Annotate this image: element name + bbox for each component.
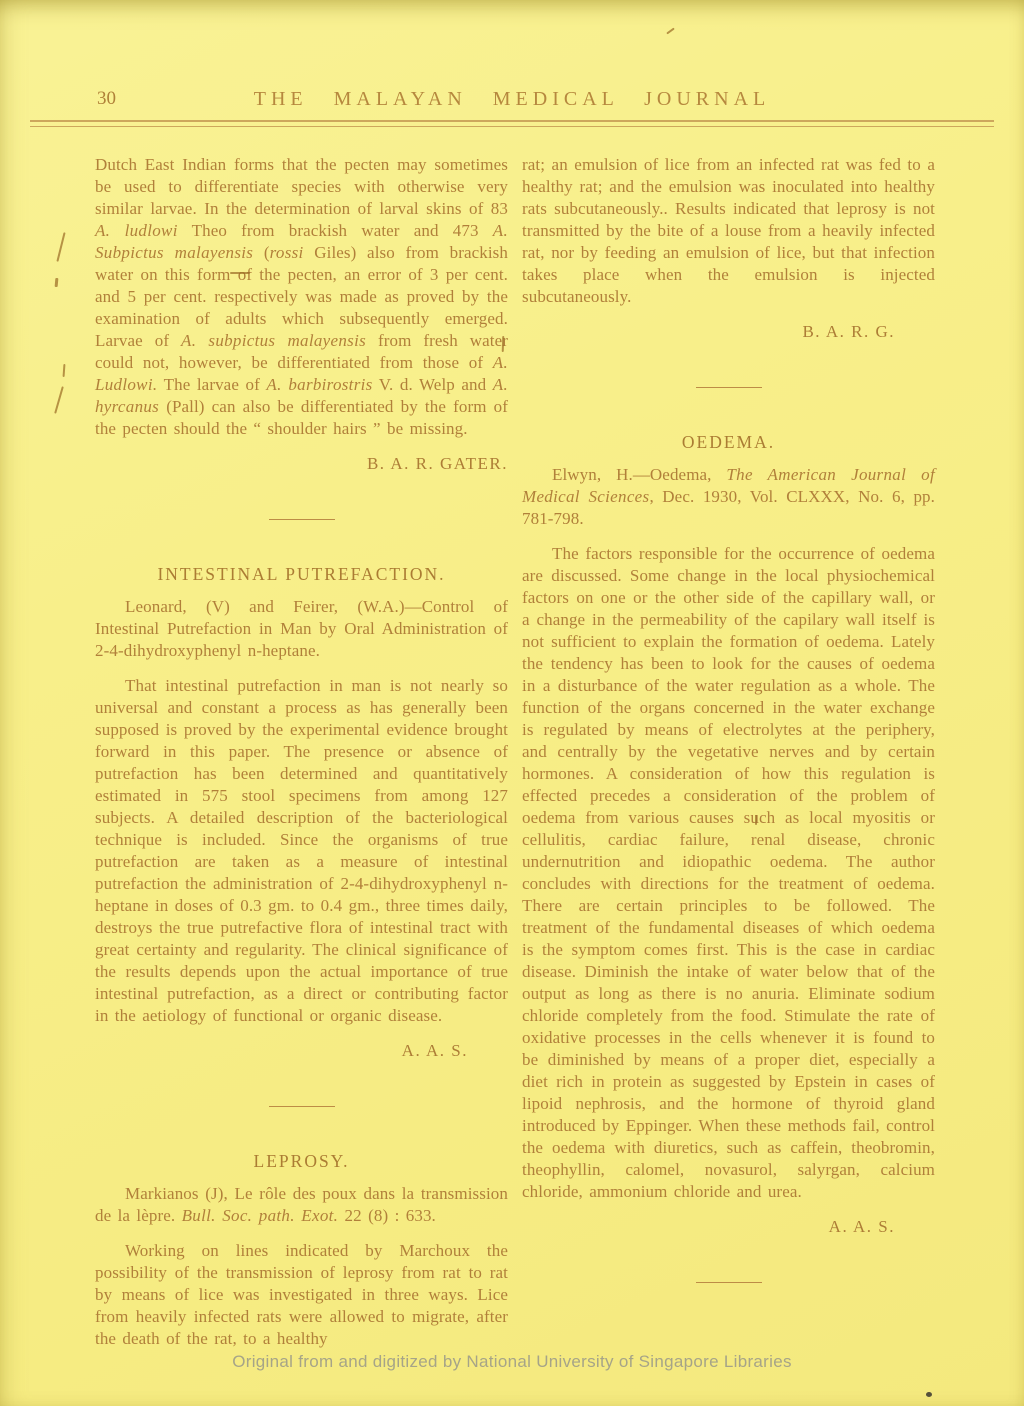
section-divider — [696, 1282, 762, 1283]
paragraph: Markianos (J), Le rôle des poux dans la … — [95, 1183, 508, 1227]
section-heading: INTESTINAL PUTREFACTION. — [95, 564, 508, 585]
author-initials: A. A. S. — [95, 1040, 508, 1062]
journal-title: THE MALAYAN MEDICAL JOURNAL — [0, 88, 1024, 111]
author-initials: B. A. R. G. — [522, 321, 935, 343]
page-header: 30 THE MALAYAN MEDICAL JOURNAL — [0, 0, 1024, 138]
section-divider — [696, 387, 762, 388]
footer-text: Original from and digitized by National … — [232, 1352, 792, 1371]
section-heading: OEDEMA. — [522, 432, 935, 453]
paragraph: Leonard, (V) and Feirer, (W.A.)—Control … — [95, 596, 508, 662]
paragraph: The factors responsible for the occurren… — [522, 543, 935, 1203]
author-initials: A. A. S. — [522, 1216, 935, 1238]
section-divider — [269, 519, 335, 520]
section-divider — [269, 1106, 335, 1107]
inline-tick — [755, 815, 757, 825]
paragraph: Working on lines indicated by Marchoux t… — [95, 1240, 508, 1349]
digitization-footer: Original from and digitized by National … — [0, 1352, 1024, 1372]
paragraph: Dutch East Indian forms that the pecten … — [95, 154, 508, 440]
journal-page: 30 THE MALAYAN MEDICAL JOURNAL Dutch Eas… — [0, 0, 1024, 1406]
left-column: Dutch East Indian forms that the pecten … — [95, 154, 508, 1349]
header-rule — [30, 120, 994, 127]
right-column: rat; an emulsion of lice from an infecte… — [522, 154, 935, 1349]
section-heading: LEPROSY. — [95, 1151, 508, 1172]
paragraph: Elwyn, H.—Oedema, The American Journal o… — [522, 464, 935, 530]
page-number: 30 — [97, 88, 116, 110]
ink-dot — [926, 1392, 932, 1397]
text-columns: Dutch East Indian forms that the pecten … — [0, 138, 1024, 1349]
author-initials: B. A. R. GATER. — [95, 453, 508, 475]
paragraph: That intestinal putrefaction in man is n… — [95, 675, 508, 1027]
paragraph: rat; an emulsion of lice from an infecte… — [522, 154, 935, 308]
word-underline — [230, 272, 250, 274]
